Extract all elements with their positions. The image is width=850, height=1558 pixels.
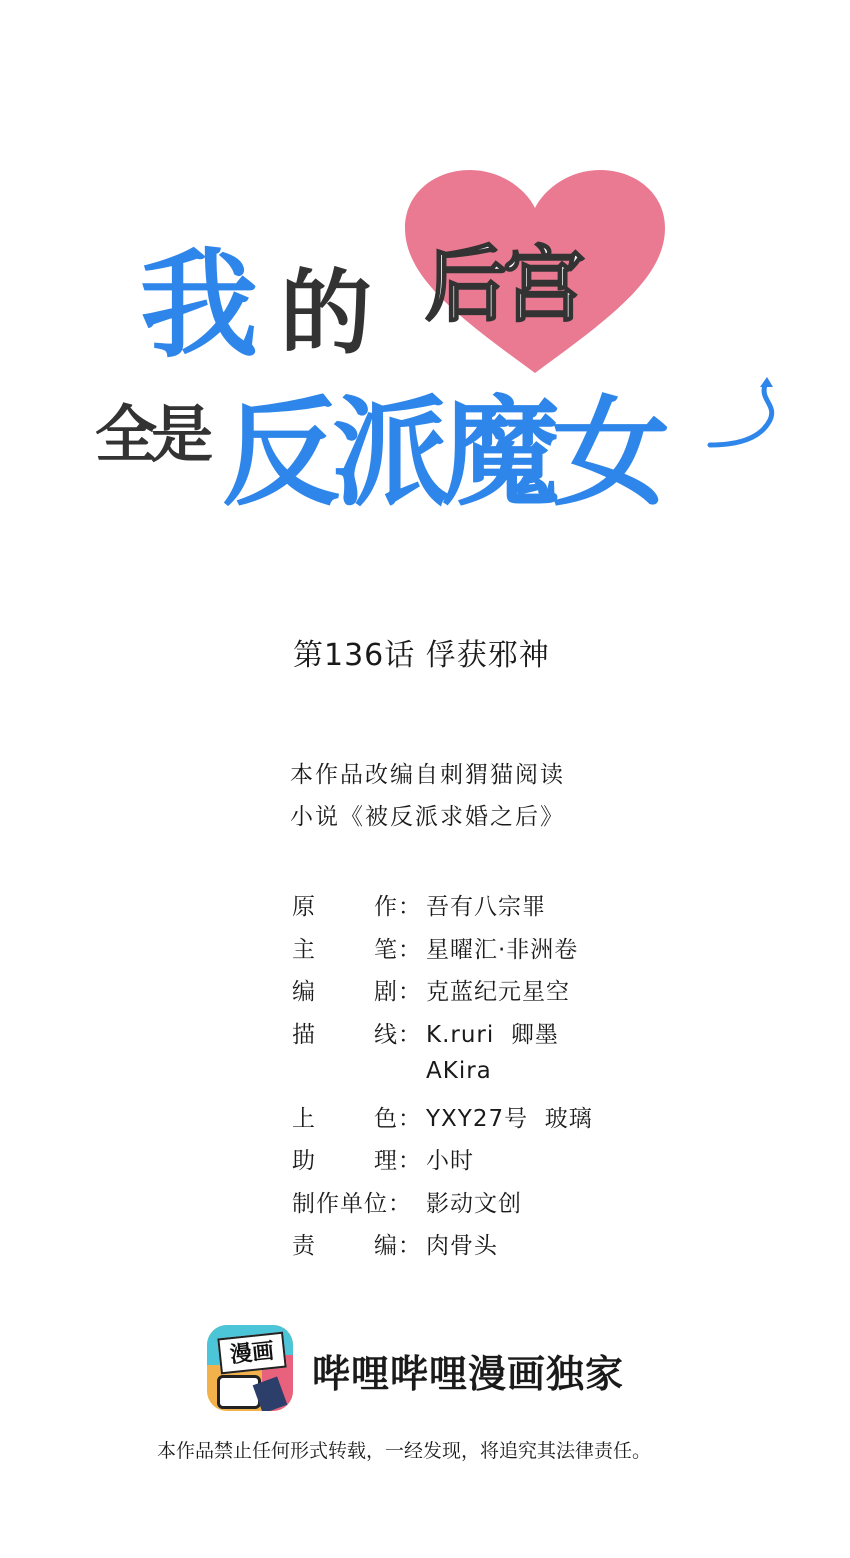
credit-row: 原作： 吾有八宗罪 [292, 888, 546, 921]
logo-fanpai-monv: 反派魔女 [222, 358, 662, 528]
credit-role: 编： [374, 1227, 422, 1260]
credit-value: AKira [426, 1058, 492, 1084]
credit-role: 主 [292, 931, 316, 964]
credit-role: 作： [374, 888, 422, 921]
credit-row: 主笔： 星曜汇·非洲卷 [292, 931, 578, 964]
chapter-title: 第136话 俘获邪神 [293, 630, 550, 674]
credit-role: 助 [292, 1142, 316, 1175]
credit-row: 上色： YXY27号 玻璃 [292, 1100, 593, 1133]
credit-role: 原 [292, 888, 316, 921]
credit-row: 描线： K.ruri 卿墨 [292, 1016, 559, 1049]
credit-value: YXY27号 玻璃 [426, 1100, 593, 1133]
credit-role: 上 [292, 1100, 316, 1133]
logo-char-wo: 我 [140, 210, 258, 380]
credit-value: 肉骨头 [426, 1227, 498, 1260]
credit-role: ： [388, 1185, 412, 1218]
credit-row: 责编： 肉骨头 [292, 1227, 498, 1260]
devil-tail-icon [705, 375, 785, 460]
credit-role: 色： [374, 1100, 422, 1133]
credit-role: 责 [292, 1227, 316, 1260]
logo-char-de: 的 [280, 240, 372, 372]
logo-quanshi: 全是 [95, 385, 207, 474]
credit-row: 助理： 小时 [292, 1142, 474, 1175]
credit-row: 制作单位： 影动文创 [292, 1185, 522, 1218]
credit-value: 吾有八宗罪 [426, 888, 546, 921]
credit-role: 理： [374, 1142, 422, 1175]
credit-role: 描 [292, 1016, 316, 1049]
credit-value: 星曜汇·非洲卷 [426, 931, 578, 964]
credit-row-continued: AKira [426, 1058, 492, 1084]
bilibili-comics-app-icon: 漫画 [207, 1325, 293, 1411]
credit-value: 克蓝纪元星空 [426, 973, 570, 1006]
source-note-line1: 本作品改编自刺猬猫阅读 [290, 756, 565, 789]
source-note-line2: 小说《被反派求婚之后》 [290, 798, 565, 831]
credit-value: 小时 [426, 1142, 474, 1175]
credit-role: 线： [374, 1016, 422, 1049]
credit-value: 影动文创 [426, 1185, 522, 1218]
credit-value: K.ruri 卿墨 [426, 1016, 559, 1049]
credit-role: 笔： [374, 931, 422, 964]
credit-role: 剧： [374, 973, 422, 1006]
brand-label: 哔哩哔哩漫画独家 [312, 1343, 624, 1398]
copyright-notice: 本作品禁止任何形式转载，一经发现，将追究其法律责任。 [157, 1436, 651, 1463]
credit-role: 制作单位 [292, 1185, 388, 1218]
credit-role: 编 [292, 973, 316, 1006]
credit-row: 编剧： 克蓝纪元星空 [292, 973, 570, 1006]
logo-heart-text: 后宫 [425, 220, 581, 337]
